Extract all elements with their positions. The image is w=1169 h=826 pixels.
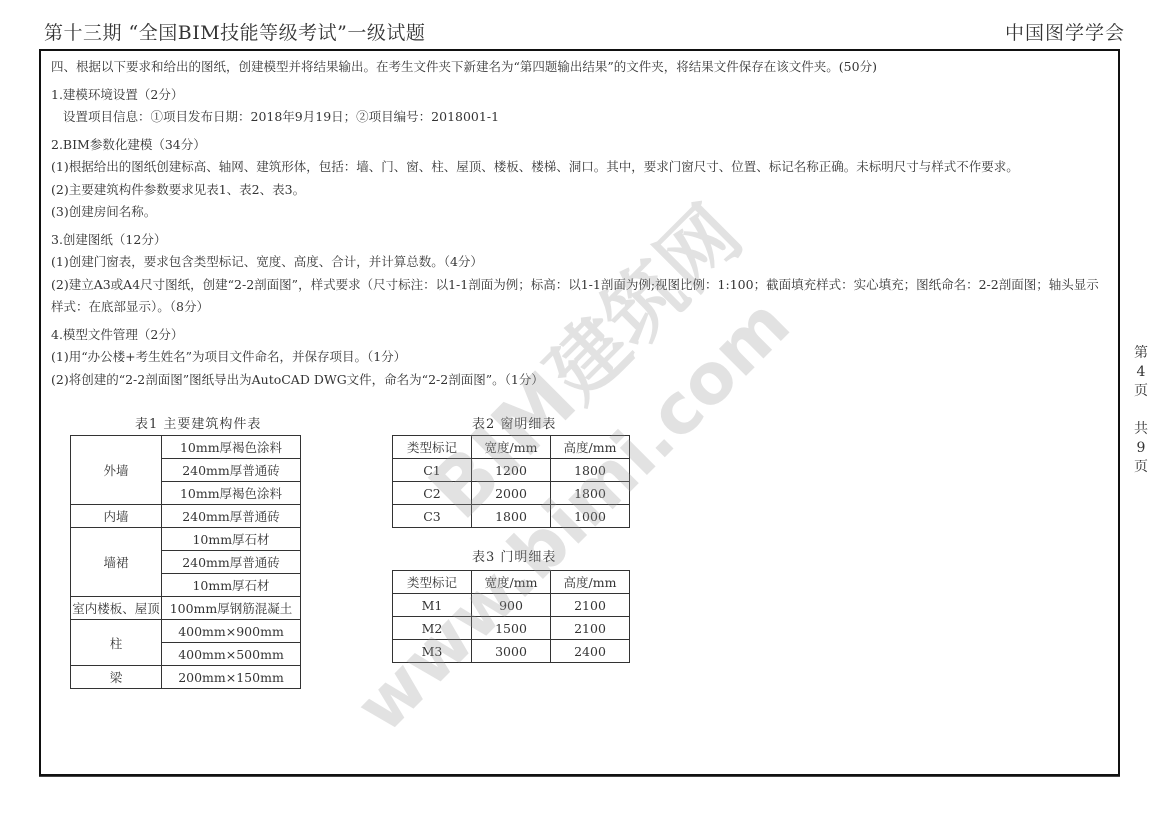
table-row: 室内楼板、屋顶100mm厚钢筋混凝土 — [71, 597, 301, 620]
component-spec: 100mm厚钢筋混凝土 — [162, 597, 301, 620]
section-item: 设置项目信息：①项目发布日期：2018年9月19日；②项目编号：2018001-… — [51, 106, 1111, 129]
section-item: (2)将创建的“2-2剖面图”图纸导出为AutoCAD DWG文件，命名为“2-… — [51, 369, 1111, 392]
table-cell: 3000 — [472, 640, 551, 663]
section-heading: 1.建模环境设置（2分） — [51, 84, 1111, 107]
table1-caption: 表1 主要建筑构件表 — [135, 413, 261, 432]
door-schedule-table: 类型标记宽度/mm高度/mmM19002100M215002100M330002… — [392, 570, 630, 663]
component-name: 柱 — [71, 620, 162, 666]
table-cell: C2 — [393, 482, 472, 505]
component-spec: 400mm×900mm — [162, 620, 301, 643]
component-spec: 200mm×150mm — [162, 666, 301, 689]
component-spec: 240mm厚普通砖 — [162, 505, 301, 528]
section-item: (1)根据给出的图纸创建标高、轴网、建筑形体，包括：墙、门、窗、柱、屋顶、楼板、… — [51, 156, 1111, 179]
component-spec: 10mm厚褐色涂料 — [162, 436, 301, 459]
document-title: 第十三期 “全国BIM技能等级考试”一级试题 — [44, 18, 425, 45]
table-row: 墙裙10mm厚石材 — [71, 528, 301, 551]
table-cell: M3 — [393, 640, 472, 663]
window-schedule-table: 类型标记宽度/mm高度/mmC112001800C220001800C31800… — [392, 435, 630, 528]
component-spec: 10mm厚石材 — [162, 528, 301, 551]
component-name: 室内楼板、屋顶 — [71, 597, 162, 620]
table-cell: 1200 — [472, 459, 551, 482]
component-spec: 240mm厚普通砖 — [162, 459, 301, 482]
page-total-prefix: 共 — [1133, 420, 1149, 439]
table-row: C220001800 — [393, 482, 630, 505]
components-table: 外墙10mm厚褐色涂料240mm厚普通砖10mm厚褐色涂料内墙240mm厚普通砖… — [70, 435, 301, 689]
table-row: M215002100 — [393, 617, 630, 640]
page-indicator: 第 4 页 共 9 页 — [1133, 344, 1149, 477]
table3-caption: 表3 门明细表 — [472, 546, 556, 565]
component-name: 外墙 — [71, 436, 162, 505]
page-current-prefix: 第 — [1133, 344, 1149, 363]
table-cell: 1800 — [551, 482, 630, 505]
section-item: (2)建立A3或A4尺寸图纸，创建“2-2剖面图”，样式要求（尺寸标注：以1-1… — [51, 274, 1106, 319]
column-header: 宽度/mm — [472, 571, 551, 594]
component-spec: 10mm厚石材 — [162, 574, 301, 597]
table-cell: 1000 — [551, 505, 630, 528]
column-header: 高度/mm — [551, 571, 630, 594]
section-heading: 4.模型文件管理（2分） — [51, 324, 1111, 347]
table-row: C112001800 — [393, 459, 630, 482]
table-row: C318001000 — [393, 505, 630, 528]
section-item: (2)主要建筑构件参数要求见表1、表2、表3。 — [51, 179, 1111, 202]
table-row: 外墙10mm厚褐色涂料 — [71, 436, 301, 459]
component-spec: 400mm×500mm — [162, 643, 301, 666]
page-total-suffix: 页 — [1133, 458, 1149, 477]
page-current-suffix: 页 — [1133, 382, 1149, 401]
table-cell: 2100 — [551, 617, 630, 640]
organization-name: 中国图学学会 — [1005, 18, 1125, 45]
table-row: 内墙240mm厚普通砖 — [71, 505, 301, 528]
column-header: 宽度/mm — [472, 436, 551, 459]
table-cell: M1 — [393, 594, 472, 617]
page-current-number: 4 — [1133, 363, 1149, 382]
table-cell: 2000 — [472, 482, 551, 505]
table-cell: 1500 — [472, 617, 551, 640]
section-item: (3)创建房间名称。 — [51, 201, 1111, 224]
table-cell: 1800 — [472, 505, 551, 528]
table-cell: 1800 — [551, 459, 630, 482]
table-cell: M2 — [393, 617, 472, 640]
section-heading: 2.BIM参数化建模（34分） — [51, 134, 1111, 157]
table-header-row: 类型标记宽度/mm高度/mm — [393, 571, 630, 594]
table-cell: 900 — [472, 594, 551, 617]
table2-caption: 表2 窗明细表 — [472, 413, 556, 432]
component-name: 梁 — [71, 666, 162, 689]
table-row: M330002400 — [393, 640, 630, 663]
question-intro: 四、根据以下要求和给出的图纸，创建模型并将结果输出。在考生文件夹下新建名为“第四… — [51, 56, 1111, 79]
component-name: 墙裙 — [71, 528, 162, 597]
table-cell: C3 — [393, 505, 472, 528]
component-spec: 240mm厚普通砖 — [162, 551, 301, 574]
table-header-row: 类型标记宽度/mm高度/mm — [393, 436, 630, 459]
table-cell: 2400 — [551, 640, 630, 663]
table-row: 梁200mm×150mm — [71, 666, 301, 689]
table-row: 柱400mm×900mm — [71, 620, 301, 643]
column-header: 高度/mm — [551, 436, 630, 459]
section-item: (1)创建门窗表，要求包含类型标记、宽度、高度、合计，并计算总数。（4分） — [51, 251, 1111, 274]
component-spec: 10mm厚褐色涂料 — [162, 482, 301, 505]
table-cell: C1 — [393, 459, 472, 482]
column-header: 类型标记 — [393, 436, 472, 459]
question-content: 四、根据以下要求和给出的图纸，创建模型并将结果输出。在考生文件夹下新建名为“第四… — [51, 56, 1111, 391]
component-name: 内墙 — [71, 505, 162, 528]
table-cell: 2100 — [551, 594, 630, 617]
section-heading: 3.创建图纸（12分） — [51, 229, 1111, 252]
page-total-number: 9 — [1133, 439, 1149, 458]
column-header: 类型标记 — [393, 571, 472, 594]
section-item: (1)用“办公楼+考生姓名”为项目文件命名，并保存项目。（1分） — [51, 346, 1111, 369]
table-row: M19002100 — [393, 594, 630, 617]
